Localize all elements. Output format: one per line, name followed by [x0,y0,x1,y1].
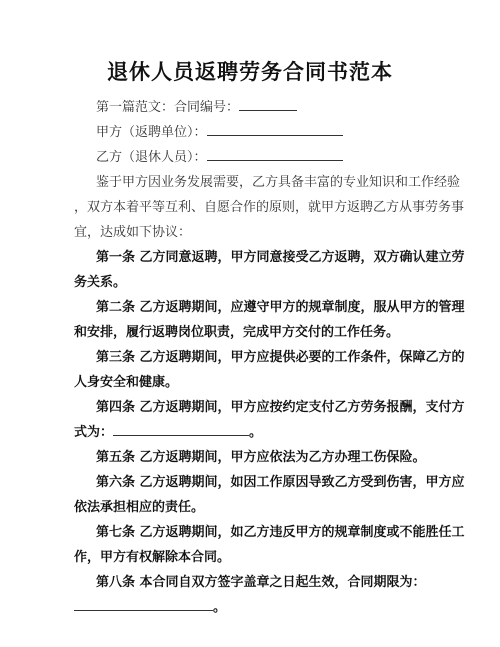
preamble-line: 宜，达成如下协议： [74,221,191,240]
party-b-label: 乙方（退休人员）： [96,150,207,165]
document-title: 退休人员返聘劳务合同书范本 [0,56,500,86]
article-8-line: 第八条 本合同自双方签字盖章之日起生效，合同期限为： [96,571,426,590]
contract-number-label: 第一篇范文：合同编号： [96,100,239,115]
preamble-line: 鉴于甲方因业务发展需要，乙方具备丰富的专业知识和工作经验 [96,171,460,190]
article-4-line: 第四条 乙方返聘期间，甲方应按约定支付乙方劳务报酬，支付方 [96,396,465,415]
payment-method-blank [113,424,249,436]
article-5-line: 第五条 乙方返聘期间，甲方应依法为乙方办理工伤保险。 [96,446,426,465]
article-2-line: 和安排，履行返聘岗位职责，完成甲方交付的工作任务。 [74,321,399,340]
article-7-line: 作，甲方有权解除本合同。 [74,546,230,565]
article-4-payment-line: 式为：。 [74,421,262,440]
article-4-label: 式为： [74,425,113,440]
article-3-line: 第三条 乙方返聘期间，甲方应提供必要的工作条件，保障乙方的 [96,346,465,365]
party-a-label: 甲方（返聘单位）： [96,125,207,140]
article-3-line: 人身安全和健康。 [74,371,178,390]
article-7-line: 第七条 乙方返聘期间，如乙方违反甲方的规章制度或不能胜任工 [96,521,465,540]
article-1-line: 第一条 乙方同意返聘，甲方同意接受乙方返聘，双方确认建立劳 [96,246,465,265]
article-6-line: 第六条 乙方返聘期间，如因工作原因导致乙方受到伤害，甲方应 [96,471,465,490]
party-a-blank [207,124,343,136]
contract-number-blank [239,99,297,111]
preamble-line: ，双方本着平等互利、自愿合作的原则，就甲方返聘乙方从事劳务事 [74,196,464,215]
article-8-suffix: 。 [213,600,226,615]
party-a-field: 甲方（返聘单位）： [96,121,343,140]
contract-term-blank [74,599,213,611]
party-b-blank [207,149,343,161]
article-1-line: 务关系。 [74,271,126,290]
contract-number-field: 第一篇范文：合同编号： [96,96,297,115]
article-6-line: 依法承担相应的责任。 [74,496,204,515]
article-2-line: 第二条 乙方返聘期间，应遵守甲方的规章制度，服从甲方的管理 [96,296,465,315]
article-8-term-line: 。 [74,596,226,615]
article-4-suffix: 。 [249,425,262,440]
party-b-field: 乙方（退休人员）： [96,146,343,165]
